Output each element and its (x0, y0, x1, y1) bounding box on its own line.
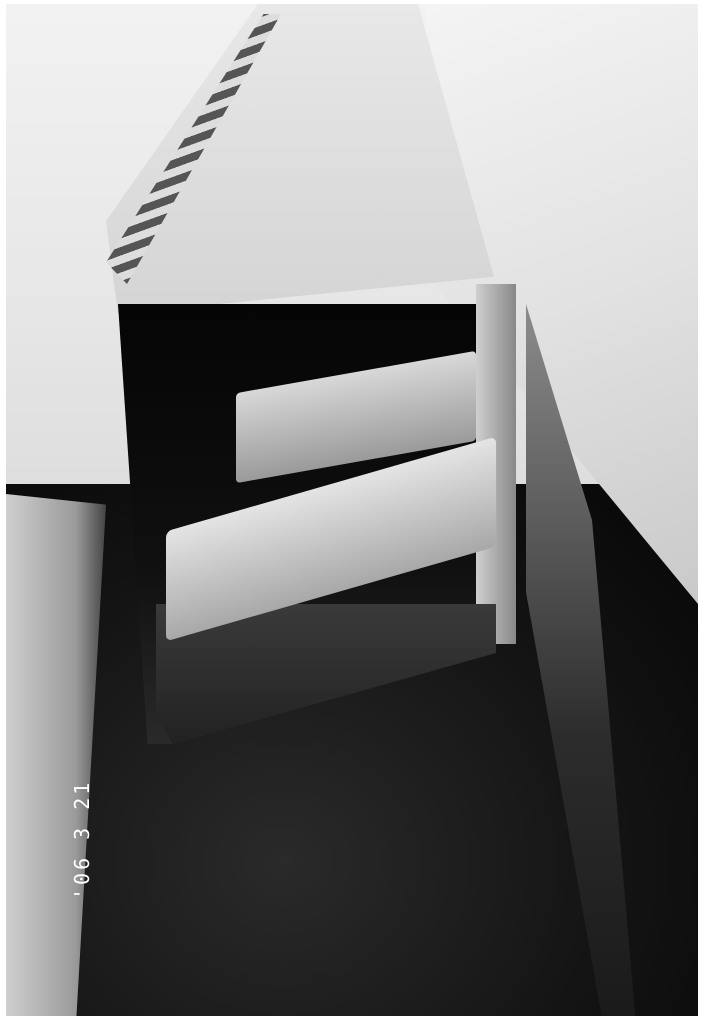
photograph: '06 3 21 (0, 0, 710, 1024)
photo-frame (6, 4, 698, 1016)
date-stamp: '06 3 21 (70, 780, 94, 900)
